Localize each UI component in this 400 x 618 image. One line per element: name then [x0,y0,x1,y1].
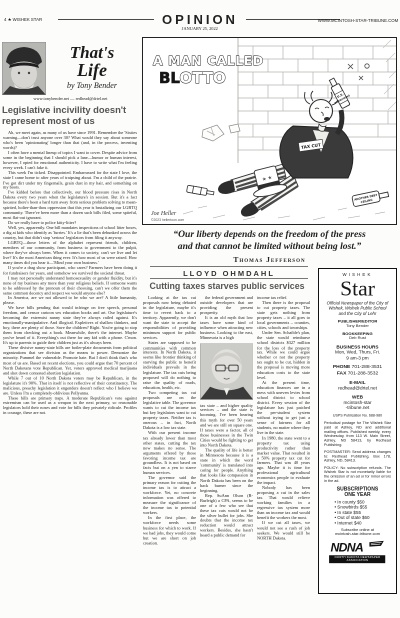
omdahl-col-1: Looking at the tax cut proposals now bei… [143,296,196,616]
web-address-2: -tribune.net [319,406,396,411]
masthead-content: WISHEK Star Official Newspaper of the Ci… [319,273,396,563]
columnist-contact-text: www.tonybender.net — redhead@drtel.net [2,97,138,102]
article-paragraph: Under Sen. Schaible's plan, the state wo… [257,331,310,381]
hours-time: 9 am-3 pm [319,356,396,361]
subscription-rate: • Internet $40 [334,521,380,526]
omdahl-rule-bottom [150,278,308,279]
article-paragraph: This week I'm ticked. Disappointed. Emba… [3,171,137,191]
usps-number: USPS Publication No. 688-980 [319,414,396,418]
omdahl-col3-text: income tax relief. Then there is the pro… [257,296,310,541]
article-paragraph: In the first place, the workforce needs … [143,516,196,546]
article-paragraph: These divisive nanny-state bills are boi… [3,346,137,376]
article-paragraph: It is an old myth that low taxes have so… [200,316,253,341]
article-paragraph: Then there is the proposal to cut proper… [257,301,310,331]
subscribe-online-2: mcintosh-star-tribune.com [319,532,396,537]
article-paragraph: The governor said the primary reason for… [143,476,196,516]
header-rule-left [58,19,154,20]
lloyd-omdahl-photo [200,343,253,399]
cartoonist-signature-2: ©2023 hellertoon.com [151,218,184,222]
fax-label: FAX [337,371,347,376]
article-paragraph: Nobody has been proposing a cut in the s… [257,486,310,521]
masthead-logo: Star [319,278,396,300]
article-paragraph: Looking at the tax cut proposals now bei… [143,296,196,341]
issue-date: JANUARY 25, 2022 [0,27,400,34]
article-paragraph: Two competing tax cut proposals are on t… [143,391,196,431]
phone-label: PHONE [333,365,350,370]
cartoon-title-line2: BLOTTO [159,69,226,87]
cartoon-title-rest: OTTO [179,69,225,87]
newspaper-opinion-page: 4 ★ WISHEK STAR OPINION JANUARY 25, 2022… [0,0,400,618]
uncle-sam-figure: TAX CUT U.S. BORROWING [218,75,354,216]
article-paragraph: In 1980, the state went to a property ta… [257,436,310,486]
ndna-logo: NDNA NORTH DAKOTA NEWSPAPER ASSOCIATION [329,540,385,563]
bottle-left [187,185,215,197]
publisher-name: Tony Bender [319,324,396,329]
cartoon-title-bold: BL [159,69,180,87]
bender-headline: Legislative incivility doesn't represent… [2,104,138,127]
website-label: WWW.MCINTOSH-STAR-TRIBUNE.COM [286,19,398,26]
article-paragraph: If we cut all taxes, we would not see a … [257,521,310,541]
fax-row: FAX 701-288-3532 [319,371,396,377]
article-paragraph: At the present time, education finances … [257,381,310,436]
omdahl-rule-top [150,266,308,267]
quote-line-1: “Our liberty depends on the freedom of t… [142,229,397,241]
mouth [324,117,330,121]
article-paragraph: States are supposed to be communities wi… [143,341,196,391]
article-paragraph: We have bills pending that would infring… [3,306,137,346]
website-text: WWW.MCINTOSH-STAR-TRIBUNE.COM [286,19,398,24]
ground-hatching [183,206,385,220]
omdahl-col-3: income tax relief. Then there is the pro… [257,296,310,616]
omdahl-headline: Cutting taxes starves public services [142,281,312,291]
crumpled-papers [202,124,240,141]
cartoon-title-line1: A MAN CALLED [153,53,264,68]
article-paragraph: Ah, we meet again, as many of us have si… [3,131,137,151]
cartoonist-signature: Joe Heller [151,211,177,217]
postage-notice: Periodical postage for The Wishek Star p… [324,421,391,447]
article-paragraph: LGBTQ—those letters of the alphabet repr… [3,241,137,266]
masthead-box: WISHEK Star Official Newspaper of the Ci… [318,268,397,594]
columnist-contact: www.tonybender.net — redhead@drtel.net [2,97,138,104]
article-paragraph: tax state – and higher quality services … [200,404,253,449]
flag-icon [370,541,384,547]
email-address: redhead@drtel.net [319,386,396,391]
article-paragraph: In America, are we not allowed to be who… [3,296,137,306]
omdahl-author: LLOYD OHMDAHL [150,269,308,278]
quote-line-2: and that cannot be limited without being… [142,241,397,253]
column-byline: by Tony Bender [46,81,138,90]
wall-shading [383,40,396,110]
column-flag: That's Life by Tony Bender [46,44,138,90]
quote-attribution: Thomas Jefferson [142,255,397,264]
omdahl-article-body: Looking at the tax cut proposals now bei… [143,296,312,616]
issue-date-text: JANUARY 25, 2022 [0,27,400,32]
bender-article-text: Ah, we meet again, as many of us have si… [3,131,137,416]
column-title-line2: Life [46,61,138,79]
article-paragraph: Well, yes, apparently. One bill mandates… [3,226,137,241]
subscription-rates: • In county $50 • Snowbirds $55 • In sta… [334,500,380,526]
arm [337,110,342,134]
boot-1 [218,180,235,194]
ndna-text: NDNA [331,541,363,555]
article-paragraph: I may not personally understand homosexu… [3,276,137,296]
ndna-caption: NORTH DAKOTA NEWSPAPER ASSOCIATION [329,555,385,563]
editorial-cartoon: A MAN CALLED BLOTTO [142,37,397,225]
column-title-line1: That's [46,44,138,61]
phone-number: 701-288-3531 [352,365,382,370]
omdahl-col2-text: the federal government and outside devel… [200,296,253,539]
bookkeeper-name: Deb Rust [319,337,396,342]
ndna-logo-art: NDNA [329,540,385,554]
article-paragraph: the federal government and outside devel… [200,296,253,316]
phone-row: PHONE 701-288-3531 [319,365,396,371]
article-paragraph: While 7 out of 10 North Dakota voters ma… [3,376,137,396]
article-paragraph: With our present income tax already lowe… [143,431,196,476]
bender-article-body: Ah, we meet again, as many of us have si… [3,131,137,615]
postmaster-notice: POSTMASTER: Send address changes to: Red… [324,450,391,463]
omdahl-col1-text: Looking at the tax cut proposals now bei… [143,296,196,546]
article-paragraph: I often have a mental lineup of topics I… [3,151,137,171]
debt-ceiling-bottle: ANOTHER DEBT CEILING [352,189,390,207]
fax-number: 701-288-3532 [348,371,378,376]
tony-bender-photo [2,42,46,95]
masthead-official-text: Official Newspaper of the City of Wishek… [325,302,390,317]
cartoon-drawing: A MAN CALLED BLOTTO [143,38,396,224]
policy-notice: POLICY: No subscription refunds. The Wis… [324,466,391,483]
subscriptions-title-2: ONE YEAR [319,493,396,499]
article-paragraph: If you're a drag show participant, who c… [3,266,137,276]
jefferson-quote: “Our liberty depends on the freedom of t… [142,229,397,264]
article-paragraph: The quality of life is better in Minneso… [200,449,253,494]
article-paragraph: These bills are primary traps. A moderat… [3,396,137,416]
article-paragraph: Rep. SuAnn Olson (R-Burleigh) a CPA, see… [200,494,253,539]
article-paragraph: I've kidded before that collectively, ou… [3,191,137,221]
omdahl-col-2: the federal government and outside devel… [200,296,253,616]
